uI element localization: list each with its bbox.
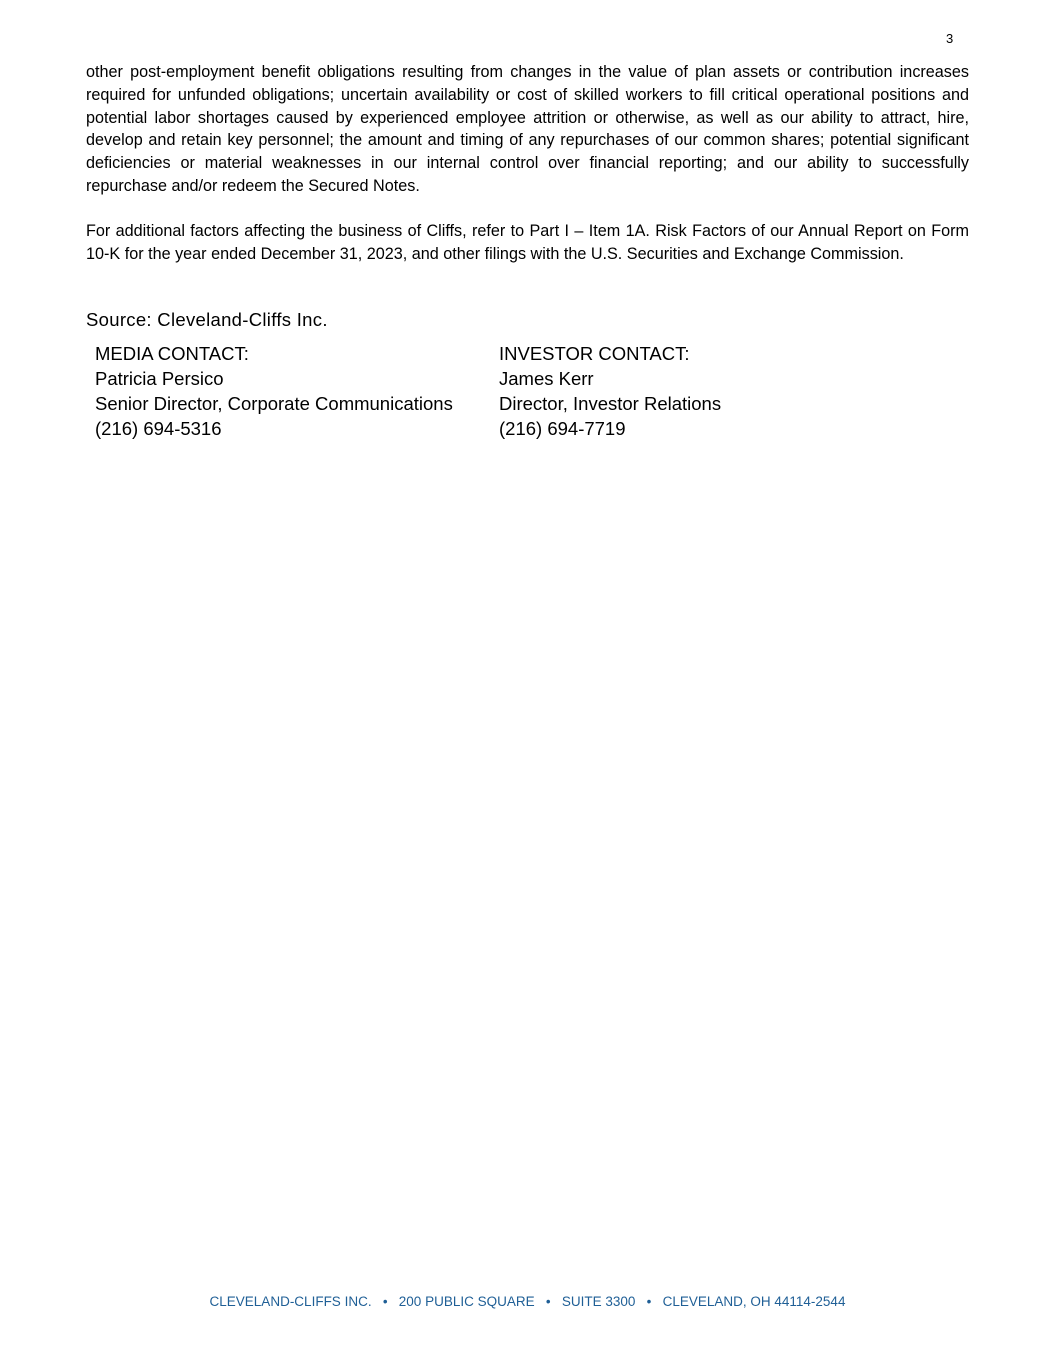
company-address-footer: CLEVELAND-CLIFFS INC. • 200 PUBLIC SQUAR… bbox=[0, 1294, 1055, 1309]
media-contact-name: Patricia Persico bbox=[95, 366, 453, 391]
additional-factors-paragraph: For additional factors affecting the bus… bbox=[86, 220, 969, 266]
investor-contact-phone: (216) 694-7719 bbox=[499, 416, 721, 441]
page-number: 3 bbox=[946, 31, 953, 46]
investor-contact-block: INVESTOR CONTACT: James Kerr Director, I… bbox=[499, 341, 721, 441]
investor-contact-title: Director, Investor Relations bbox=[499, 391, 721, 416]
media-contact-heading: MEDIA CONTACT: bbox=[95, 341, 453, 366]
investor-contact-name: James Kerr bbox=[499, 366, 721, 391]
investor-contact-heading: INVESTOR CONTACT: bbox=[499, 341, 721, 366]
media-contact-title: Senior Director, Corporate Communication… bbox=[95, 391, 453, 416]
media-contact-phone: (216) 694-5316 bbox=[95, 416, 453, 441]
source-line: Source: Cleveland-Cliffs Inc. bbox=[86, 309, 328, 331]
forward-looking-paragraph: other post-employment benefit obligation… bbox=[86, 61, 969, 198]
media-contact-block: MEDIA CONTACT: Patricia Persico Senior D… bbox=[95, 341, 453, 441]
